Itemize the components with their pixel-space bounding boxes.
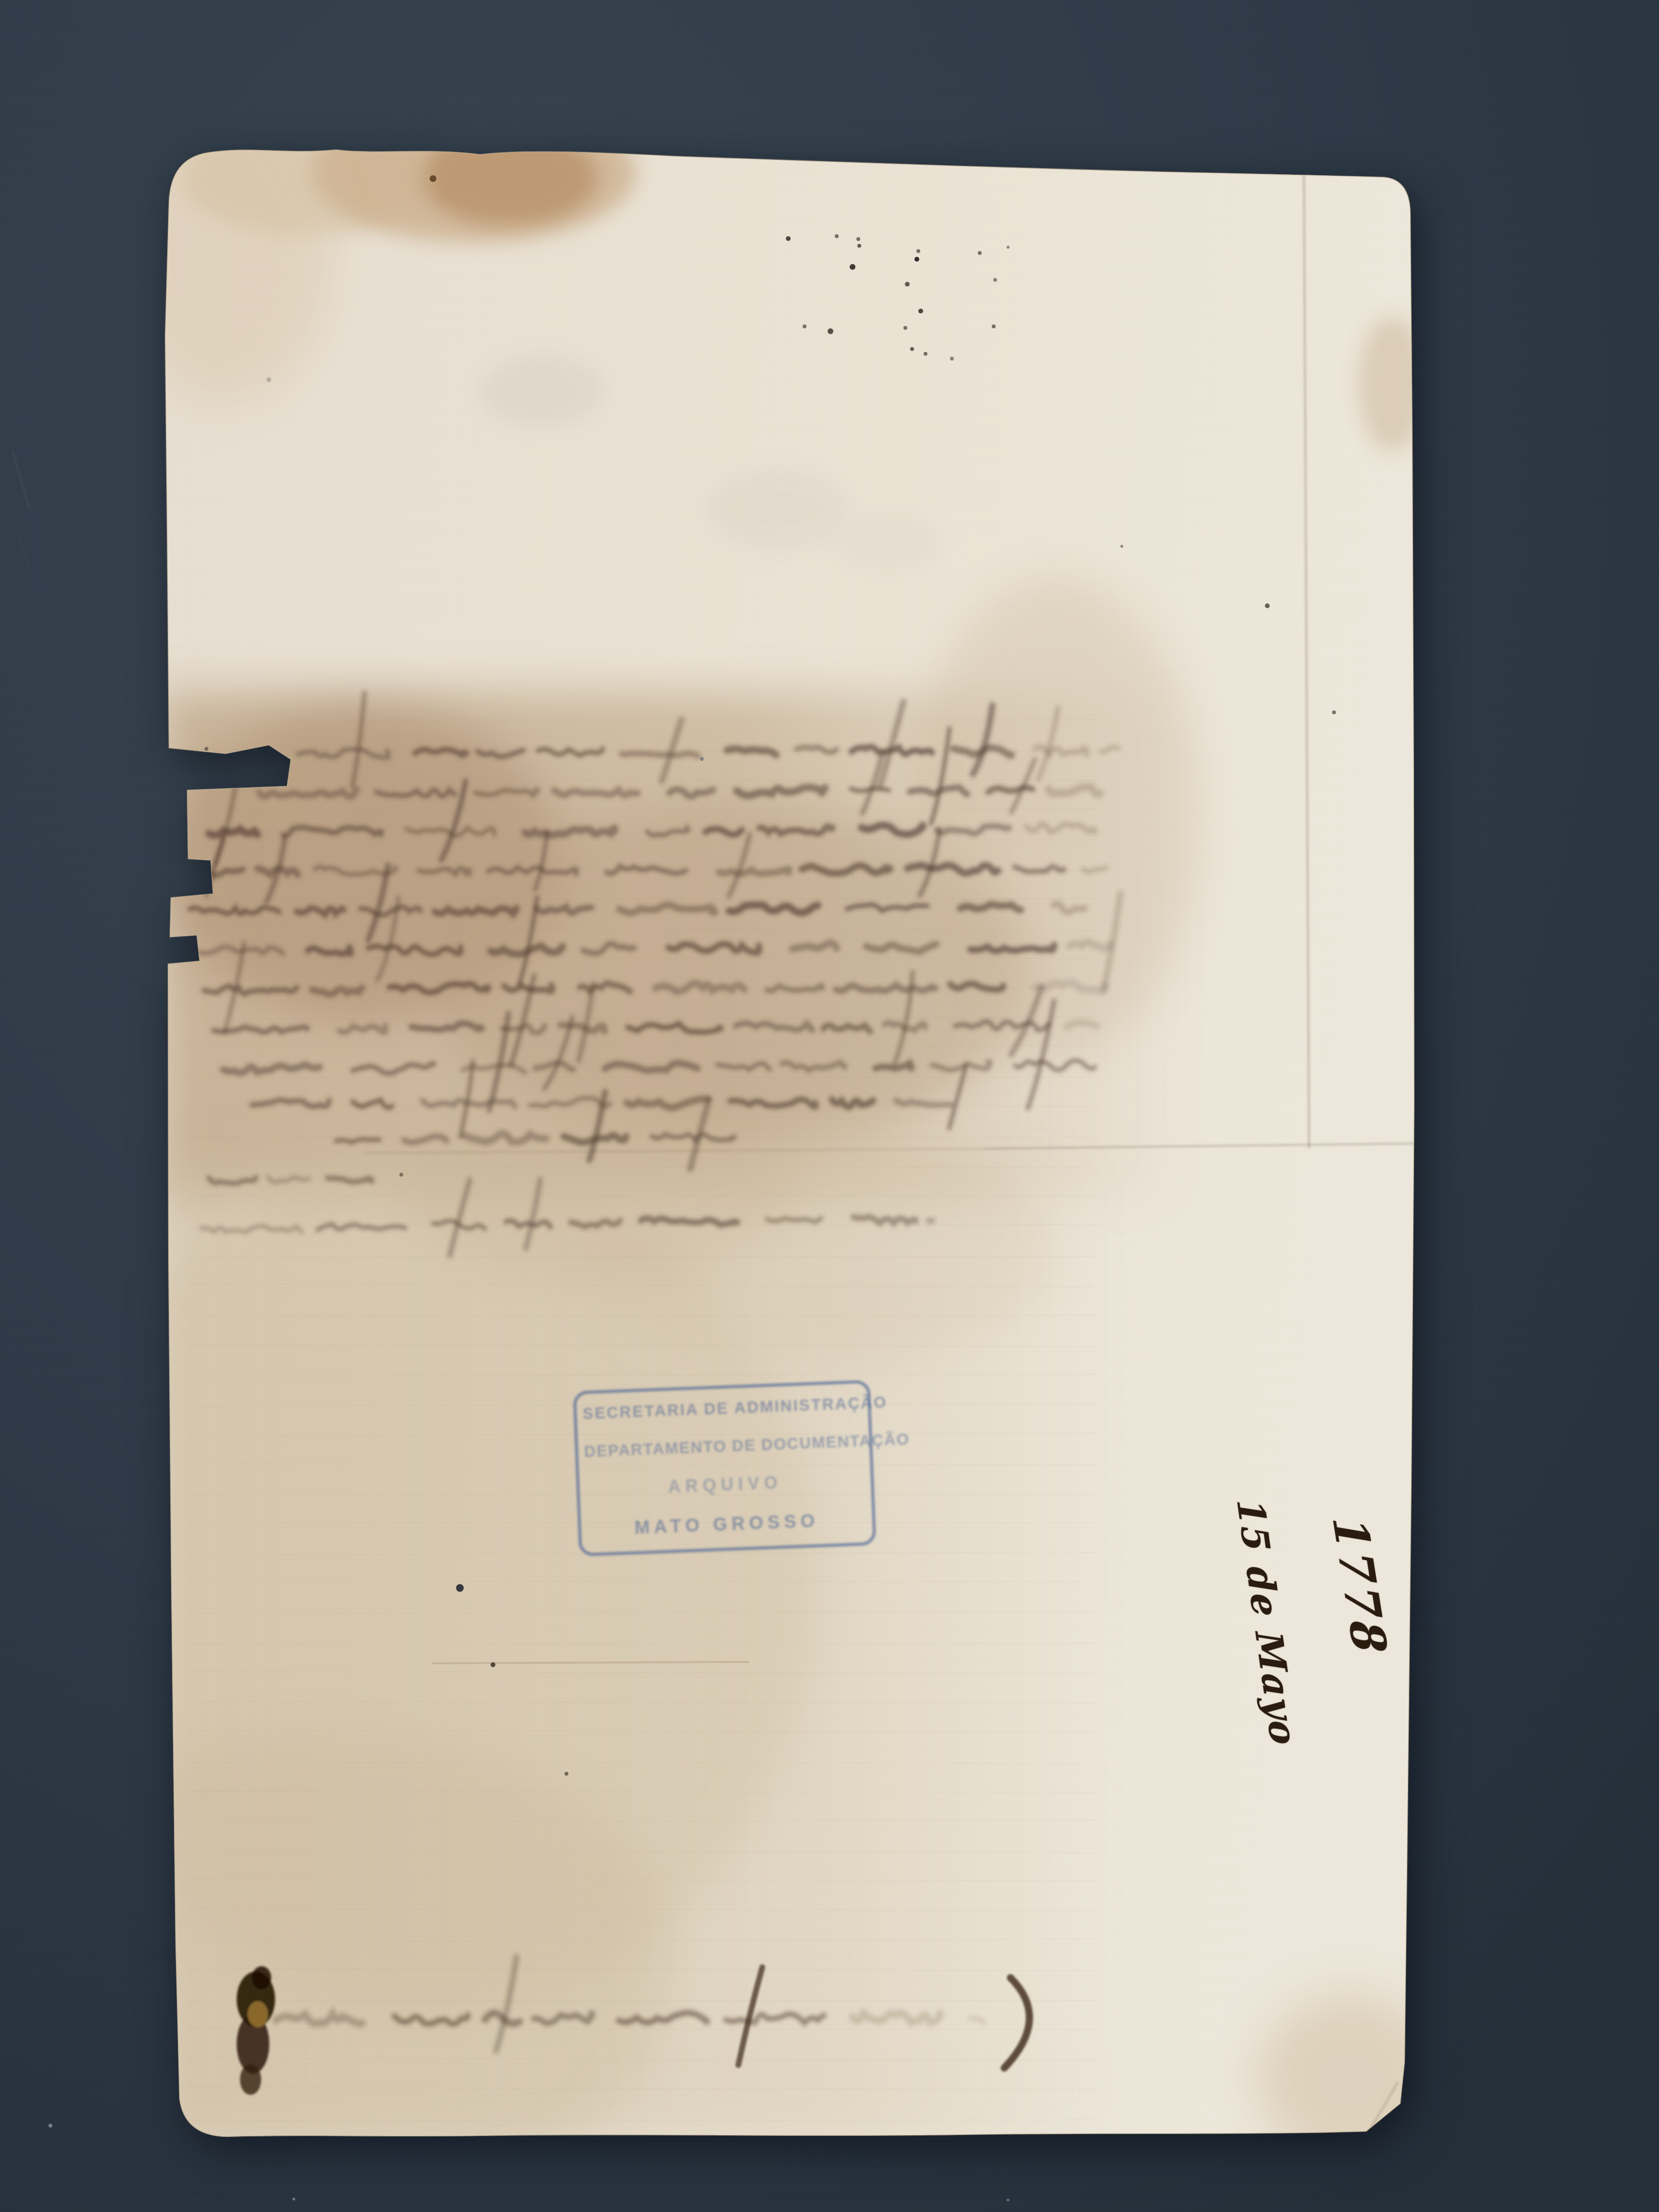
stamp-line-3: ARQUIVO <box>585 1469 865 1500</box>
archival-document-photo: SECRETARIA DE ADMINISTRAÇÃO DEPARTAMENTO… <box>0 0 1659 2212</box>
stamp-line-2: DEPARTAMENTO DE DOCUMENTAÇÃO <box>584 1432 864 1461</box>
stamp-line-4: MATO GROSSO <box>587 1509 866 1540</box>
photo-canvas <box>0 0 1659 2212</box>
stamp-line-1: SECRETARIA DE ADMINISTRAÇÃO <box>582 1394 862 1423</box>
archive-stamp: SECRETARIA DE ADMINISTRAÇÃO DEPARTAMENTO… <box>573 1380 877 1557</box>
